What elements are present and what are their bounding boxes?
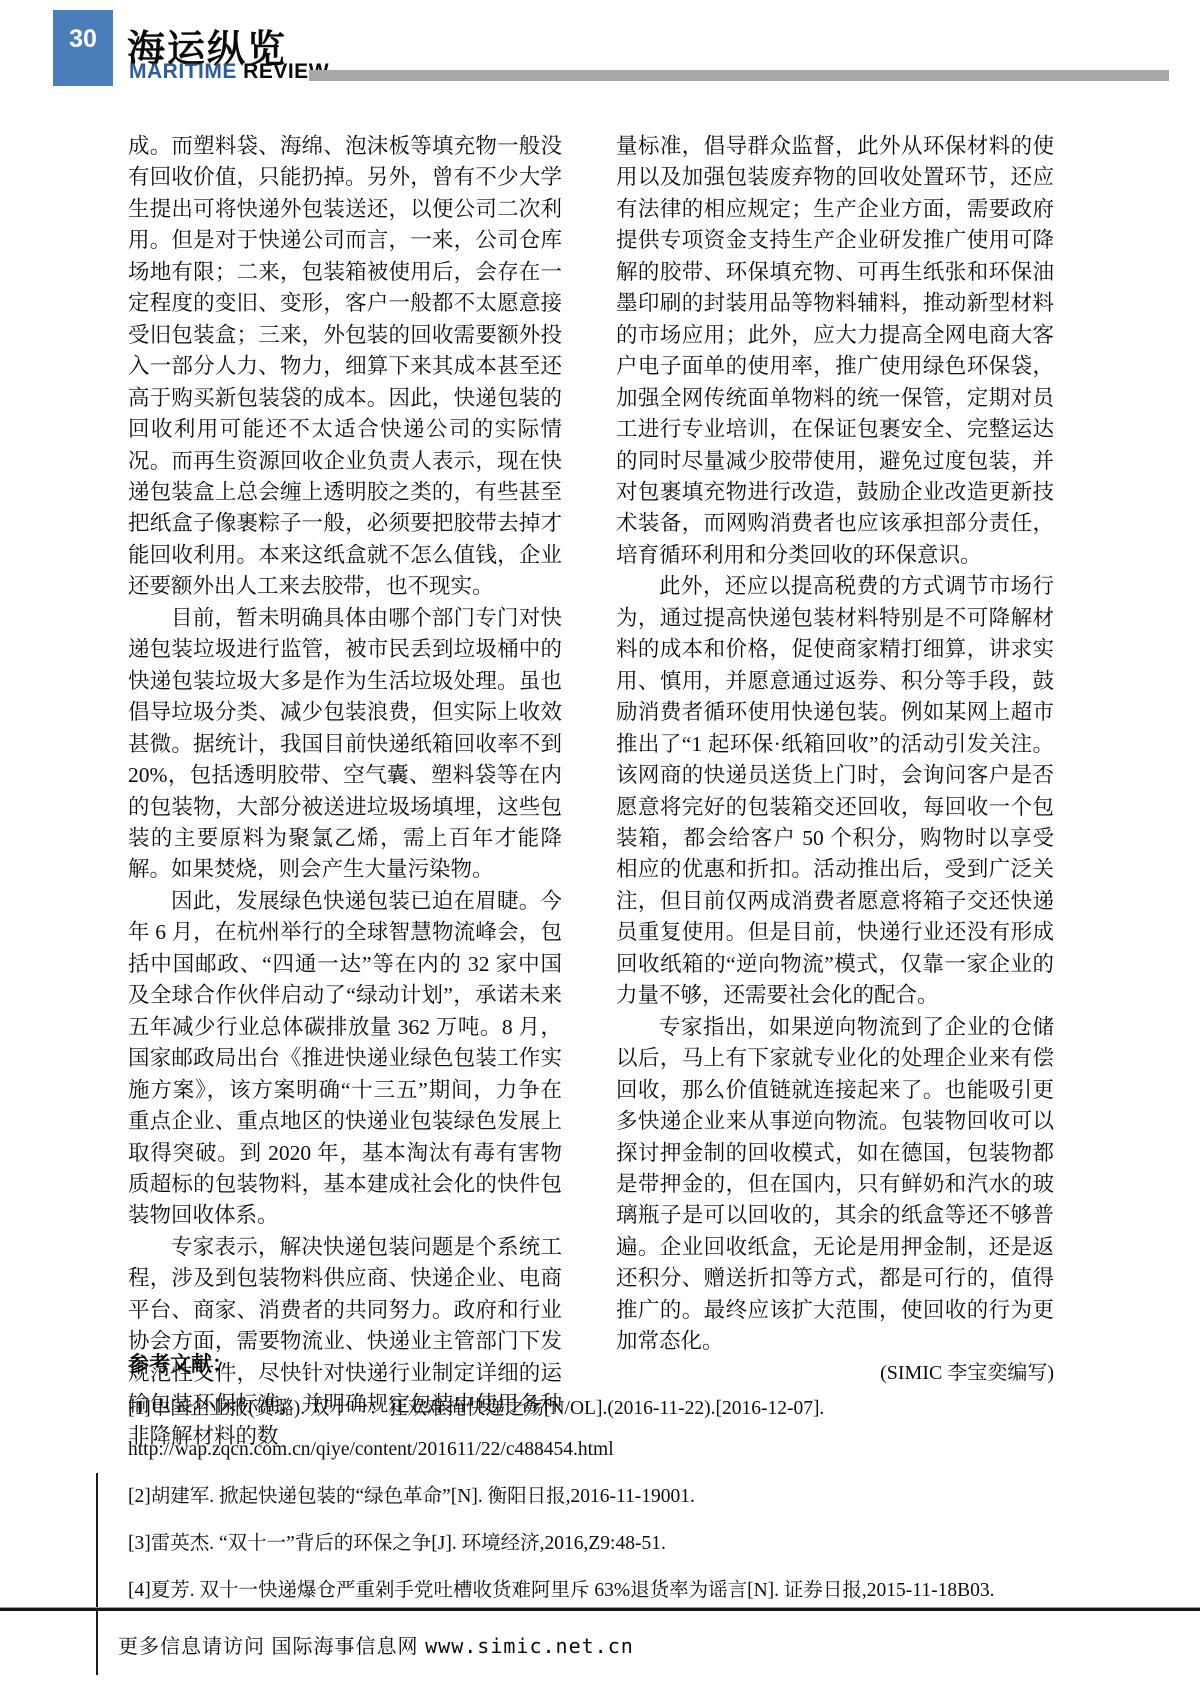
footer-text: 更多信息请访问 国际海事信息网 www.simic.net.cn (118, 1630, 634, 1659)
left-column: 成。而塑料袋、海绵、泡沫板等填充物一般没有回收价值，只能扔掉。另外，曾有不少大学… (128, 131, 562, 1452)
reference-item: [3]雷英杰. “双十一”背后的环保之争[J]. 环境经济,2016,Z9:48… (128, 1527, 1138, 1555)
references-list: [1]中国企业报(贺璐). 双十一：狂欢难掩快递之殇[N/OL].(2016-1… (128, 1392, 1138, 1602)
reference-item: [2]胡建军. 掀起快递包装的“绿色革命”[N]. 衡阳日报,2016-11-1… (128, 1480, 1138, 1508)
magazine-page: 30 海运纵览 MARITIME REVIEW 成。而塑料袋、海绵、泡沫板等填充… (0, 0, 1200, 1707)
paragraph: 成。而塑料袋、海绵、泡沫板等填充物一般没有回收价值，只能扔掉。另外，曾有不少大学… (128, 131, 562, 603)
reference-item: http://wap.zqcn.com.cn/qiye/content/2016… (128, 1439, 1138, 1461)
paragraph: 目前，暂未明确具体由哪个部门专门对快递包装垃圾进行监管，被市民丢到垃圾桶中的快递… (128, 603, 562, 886)
paragraph: 因此，发展绿色快递包装已迫在眉睫。今年 6 月，在杭州举行的全球智慧物流峰会，包… (128, 886, 562, 1232)
right-column: 量标准，倡导群众监督，此外从环保材料的使用以及加强包装废弃物的回收处置环节，还应… (616, 131, 1054, 1389)
left-vertical-rule (96, 1473, 98, 1675)
page-subtitle: MARITIME REVIEW (129, 60, 329, 84)
footer-url: www.simic.net.cn (425, 1634, 634, 1658)
references-section: 参考文献： [1]中国企业报(贺璐). 双十一：狂欢难掩快递之殇[N/OL].(… (128, 1348, 1138, 1621)
footer-divider-rule (0, 1607, 1200, 1611)
header-divider-bar (309, 70, 1169, 81)
paragraph: 此外，还应以提高税费的方式调节市场行为，通过提高快递包装材料特别是不可降解材料的… (616, 571, 1054, 1011)
footer-label: 更多信息请访问 国际海事信息网 (118, 1636, 425, 1658)
paragraph: 专家指出，如果逆向物流到了企业的仓储以后，马上有下家就专业化的处理企业来有偿回收… (616, 1012, 1054, 1358)
paragraph: 量标准，倡导群众监督，此外从环保材料的使用以及加强包装废弃物的回收处置环节，还应… (616, 131, 1054, 571)
references-heading: 参考文献： (128, 1348, 1138, 1378)
reference-item: [1]中国企业报(贺璐). 双十一：狂欢难掩快递之殇[N/OL].(2016-1… (128, 1392, 1138, 1420)
reference-item: [4]夏芳. 双十一快递爆仓严重剁手党吐槽收货难阿里斥 63%退货率为谣言[N]… (128, 1574, 1138, 1602)
subtitle-maritime: MARITIME (129, 60, 237, 83)
page-number-badge: 30 (53, 10, 113, 86)
